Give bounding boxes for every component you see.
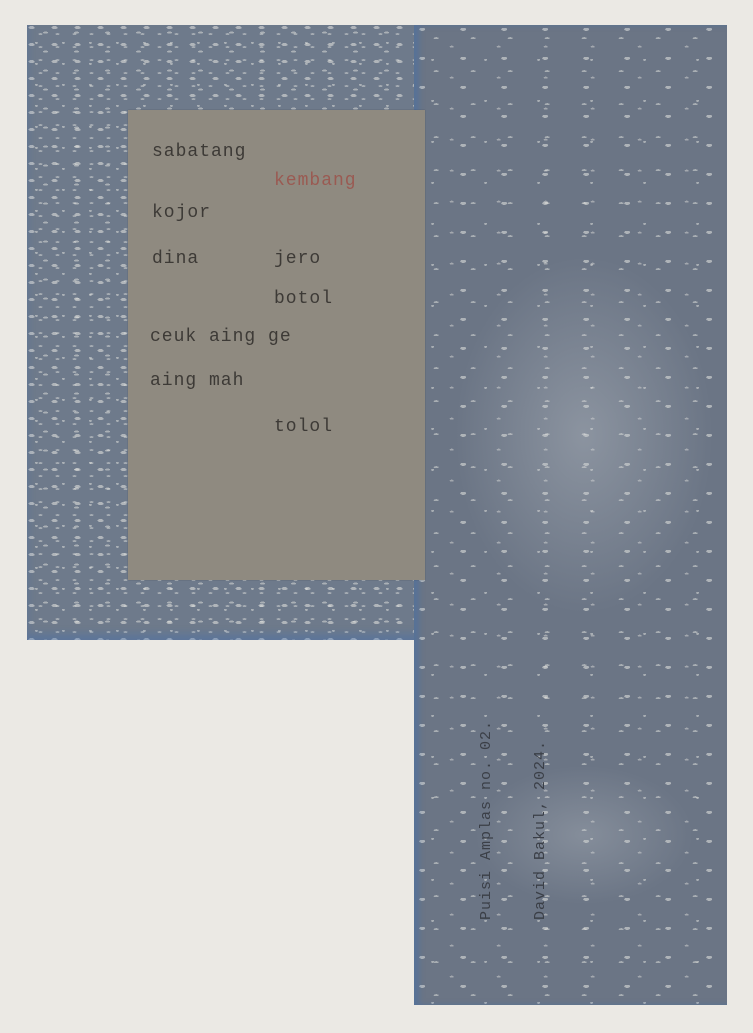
right-blue-paper-sheet (414, 25, 727, 1005)
poem-line: botol (274, 289, 333, 309)
typed-poem-card: sabatang kembang kojor dina jero botol c… (128, 110, 425, 580)
poem-line: tolol (274, 417, 333, 437)
poem-line: ceuk aing ge (150, 327, 292, 347)
caption-title: Puisi Amplas no. 02. (478, 720, 495, 920)
sanding-texture (474, 765, 694, 905)
poem-line-highlight: kembang (274, 171, 357, 191)
sanding-texture (454, 255, 714, 615)
poem-line: aing mah (150, 371, 244, 391)
poem-line: dina (152, 249, 199, 269)
poem-line: sabatang (152, 142, 246, 162)
poem-line: jero (274, 249, 321, 269)
poem-line: kojor (152, 203, 211, 223)
caption-author-year: David Bakul, 2024. (532, 740, 549, 920)
